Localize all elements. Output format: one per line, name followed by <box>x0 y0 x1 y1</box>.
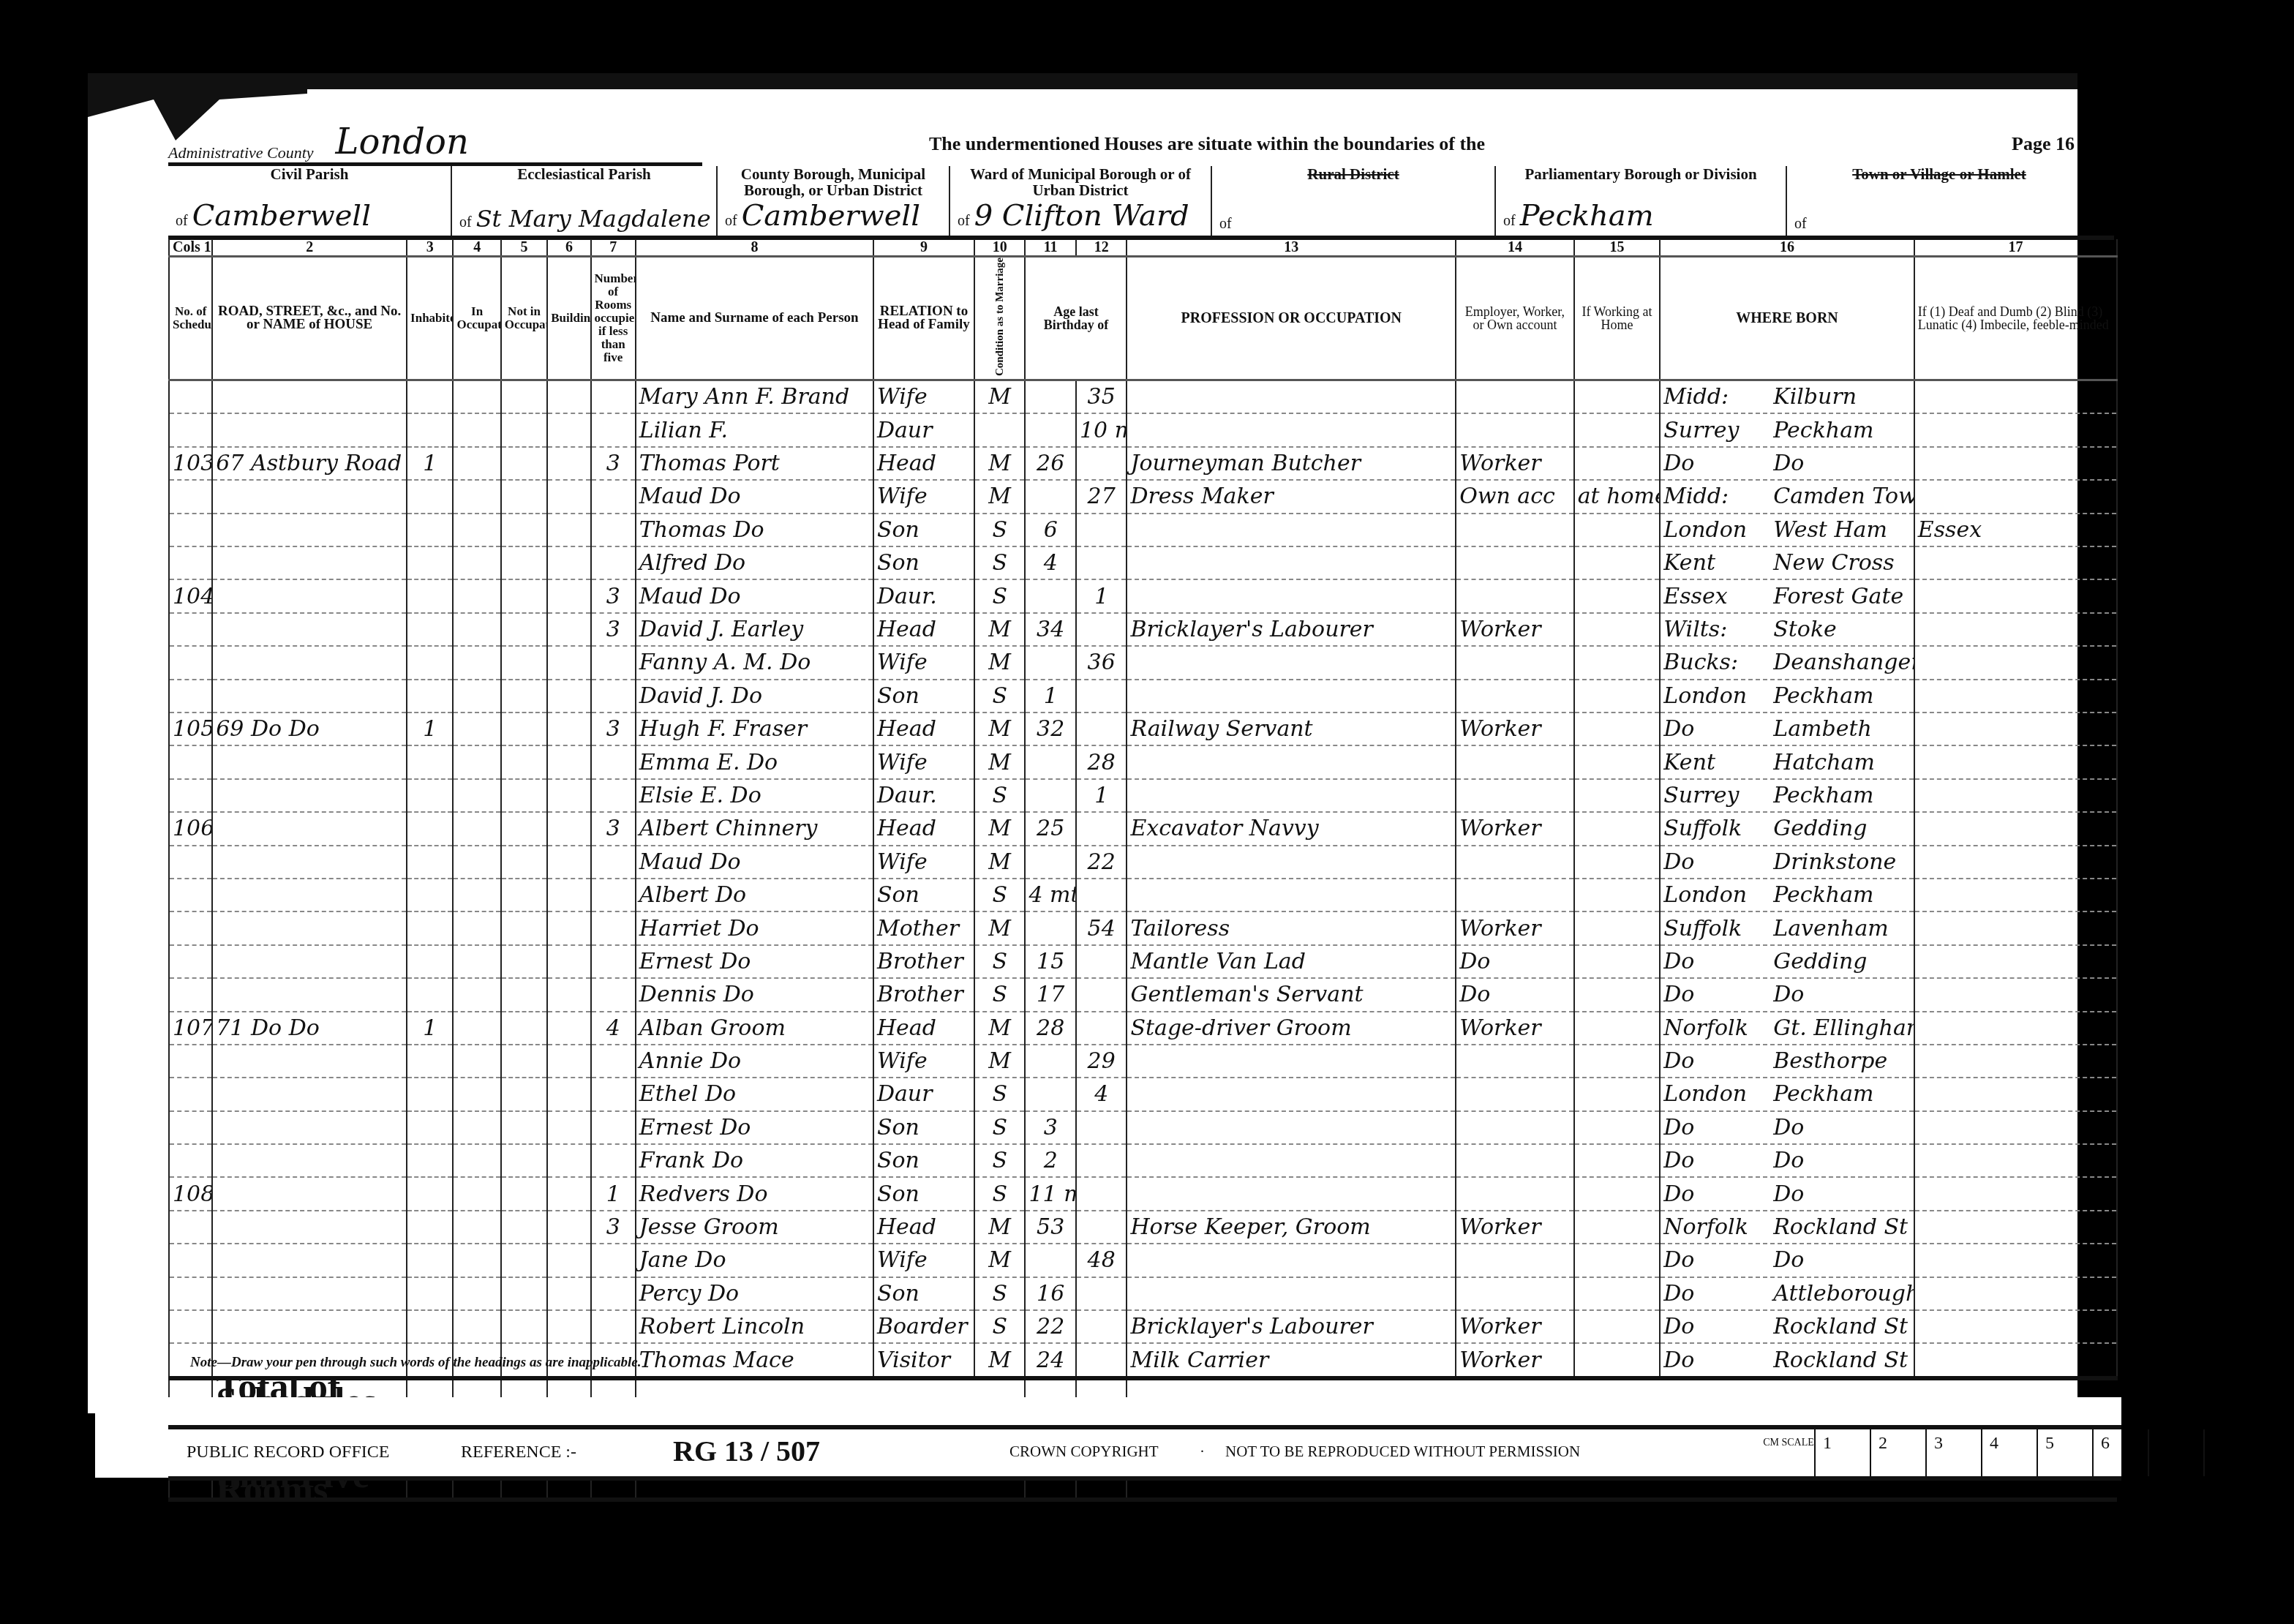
col-number: 14 <box>1456 239 1574 257</box>
cell-where-born: Midd:Camden Town <box>1660 480 1914 513</box>
cell-inhabited <box>407 1310 453 1343</box>
cell-occupation <box>1127 1111 1456 1144</box>
born-place: Peckham <box>1773 418 1873 443</box>
col-number: 3 <box>407 239 453 257</box>
born-place: Gedding <box>1773 816 1867 841</box>
cell-age-male: 1 <box>1025 680 1076 713</box>
col-number: 6 <box>547 239 590 257</box>
cell-building <box>547 779 590 812</box>
col-number: 10 <box>974 239 1026 257</box>
cell-road <box>212 1211 407 1244</box>
born-place: Stoke <box>1773 617 1837 642</box>
table-row: 1063Albert ChinneryHeadM25Excavator Navv… <box>169 812 2117 845</box>
cell-condition: M <box>974 613 1026 646</box>
heading-where-born: WHERE BORN <box>1660 257 1914 380</box>
cell-at-home <box>1574 1211 1661 1244</box>
cell-inhabited <box>407 812 453 845</box>
table-row: Jane DoWifeM48DoDo <box>169 1244 2117 1277</box>
cell-schedule <box>169 480 212 513</box>
cell-occupation <box>1127 1277 1456 1310</box>
cell-employer <box>1456 579 1574 612</box>
cell-infirmity <box>1914 846 2117 879</box>
division-parliamentary-borough: Parliamentary Borough or Division ofPeck… <box>1496 166 1787 236</box>
cell-relation: Wife <box>873 846 974 879</box>
cell-relation: Son <box>873 1111 974 1144</box>
cell-age-male <box>1025 1045 1076 1078</box>
cell-where-born: LondonPeckham <box>1660 879 1914 911</box>
cell-where-born: KentNew Cross <box>1660 546 1914 579</box>
cell-road: 71 Do Do <box>212 1012 407 1045</box>
table-row: 1081Redvers DoSonS11 mthsDoDo <box>169 1177 2117 1210</box>
cell-name: Alfred Do <box>636 546 873 579</box>
cell-not-in-occupation <box>501 945 547 978</box>
born-place: Peckham <box>1773 683 1873 709</box>
cell-not-in-occupation <box>501 1012 547 1045</box>
cell-age-male <box>1025 646 1076 679</box>
born-county: Do <box>1663 1148 1773 1173</box>
cell-employer <box>1456 1244 1574 1277</box>
cell-name: Maud Do <box>636 846 873 879</box>
cell-occupation <box>1127 646 1456 679</box>
born-place: Besthorpe <box>1773 1048 1887 1074</box>
division-value: 9 Clifton Ward <box>974 199 1189 233</box>
cell-inhabited <box>407 1045 453 1078</box>
born-county: Midd: <box>1663 384 1773 410</box>
cell-where-born: DoRockland St Peter <box>1660 1343 1914 1377</box>
cell-building <box>547 745 590 778</box>
division-municipal-borough: County Borough, Municipal Borough, or Ur… <box>718 166 950 236</box>
table-row: 3Jesse GroomHeadM53Horse Keeper, GroomWo… <box>169 1211 2117 1244</box>
col-number: 7 <box>591 239 636 257</box>
cell-condition: M <box>974 846 1026 879</box>
cell-road <box>212 613 407 646</box>
col-number: Cols 1 <box>169 239 212 257</box>
cell-employer <box>1456 514 1574 546</box>
cell-age-male <box>1025 579 1076 612</box>
cell-condition: M <box>974 812 1026 845</box>
cell-road: 69 Do Do <box>212 713 407 745</box>
cell-road <box>212 1277 407 1310</box>
cell-relation: Son <box>873 546 974 579</box>
cell-where-born: DoBesthorpe <box>1660 1045 1914 1078</box>
cell-condition: S <box>974 879 1026 911</box>
cell-occupation <box>1127 1144 1456 1177</box>
cell-at-home <box>1574 680 1661 713</box>
cell-building <box>547 879 590 911</box>
of-label: of <box>1794 216 1807 233</box>
cell-age-female: 27 <box>1076 480 1127 513</box>
cell-age-female: 1 <box>1076 579 1127 612</box>
heading-employer: Employer, Worker, or Own account <box>1456 257 1574 380</box>
cell-occupation <box>1127 413 1456 446</box>
cell-building <box>547 413 590 446</box>
born-county: Bucks: <box>1663 650 1773 675</box>
cell-name: Jane Do <box>636 1244 873 1277</box>
cell-inhabited <box>407 1111 453 1144</box>
cell-rooms <box>591 911 636 944</box>
cell-employer <box>1456 779 1574 812</box>
born-place: West Ham <box>1773 517 1887 543</box>
cell-rooms <box>591 413 636 446</box>
table-row: Frank DoSonS2DoDo <box>169 1144 2117 1177</box>
cell-not-in-occupation <box>501 413 547 446</box>
cell-schedule <box>169 879 212 911</box>
cell-infirmity <box>1914 1277 2117 1310</box>
cell-at-home <box>1574 413 1661 446</box>
cell-inhabited <box>407 978 453 1011</box>
born-place: Do <box>1773 1115 1804 1140</box>
born-county: London <box>1663 882 1773 908</box>
division-value: Peckham <box>1520 199 1654 233</box>
cell-age-female: 22 <box>1076 846 1127 879</box>
born-place: Do <box>1773 1148 1804 1173</box>
cell-building <box>547 447 590 480</box>
cell-condition: S <box>974 779 1026 812</box>
born-county: Essex <box>1663 584 1773 609</box>
cell-infirmity <box>1914 447 2117 480</box>
cell-name: Ernest Do <box>636 1111 873 1144</box>
cell-age-female <box>1076 546 1127 579</box>
cell-age-male: 3 <box>1025 1111 1076 1144</box>
cell-at-home <box>1574 945 1661 978</box>
col-number: 16 <box>1660 239 1914 257</box>
cell-age-female <box>1076 447 1127 480</box>
cell-infirmity: Essex <box>1914 514 2117 546</box>
cell-age-female <box>1076 1277 1127 1310</box>
cell-age-male <box>1025 846 1076 879</box>
cell-at-home <box>1574 879 1661 911</box>
table-row: Mary Ann F. BrandWifeM35Midd:Kilburn <box>169 380 2117 414</box>
cell-condition: S <box>974 1078 1026 1110</box>
col-number: 12 <box>1076 239 1127 257</box>
cell-name: David J. Do <box>636 680 873 713</box>
heading-relation: RELATION to Head of Family <box>873 257 974 380</box>
cell-age-male: 15 <box>1025 945 1076 978</box>
table-row: Percy DoSonS16DoAttleborough <box>169 1277 2117 1310</box>
cell-rooms <box>591 1045 636 1078</box>
cell-occupation <box>1127 380 1456 414</box>
cell-inhabited <box>407 879 453 911</box>
cell-where-born: Wilts:Stoke <box>1660 613 1914 646</box>
cell-age-male <box>1025 480 1076 513</box>
cell-age-female: 4 <box>1076 1078 1127 1110</box>
cell-age-female <box>1076 1144 1127 1177</box>
born-county: Do <box>1663 1314 1773 1339</box>
table-row: Lilian F.Daur10 mthsSurreyPeckham <box>169 413 2117 446</box>
cell-occupation: Gentleman's Servant <box>1127 978 1456 1011</box>
cell-schedule <box>169 1078 212 1110</box>
division-town-village: Town or Village or Hamlet of <box>1787 166 2091 236</box>
copyright-label: CROWN COPYRIGHT <box>1009 1443 1159 1461</box>
cell-relation: Head <box>873 1211 974 1244</box>
cell-occupation <box>1127 779 1456 812</box>
cell-where-born: DoDo <box>1660 978 1914 1011</box>
cell-condition: M <box>974 447 1026 480</box>
cell-employer: Worker <box>1456 812 1574 845</box>
cell-inhabited <box>407 546 453 579</box>
cell-at-home <box>1574 1343 1661 1377</box>
cell-road <box>212 1177 407 1210</box>
table-row: Fanny A. M. DoWifeM36Bucks:Deanshanger <box>169 646 2117 679</box>
table-row: Alfred DoSonS4KentNew Cross <box>169 546 2117 579</box>
cell-at-home <box>1574 978 1661 1011</box>
cell-rooms: 3 <box>591 613 636 646</box>
cell-where-born: DoGedding <box>1660 945 1914 978</box>
cell-inhabited <box>407 945 453 978</box>
cell-inhabited <box>407 846 453 879</box>
cell-infirmity <box>1914 1078 2117 1110</box>
cell-not-in-occupation <box>501 1078 547 1110</box>
cell-rooms <box>591 945 636 978</box>
cell-schedule <box>169 911 212 944</box>
cell-occupation: Bricklayer's Labourer <box>1127 1310 1456 1343</box>
cell-name: Mary Ann F. Brand <box>636 380 873 414</box>
born-place: Do <box>1773 1247 1804 1273</box>
born-county: Surrey <box>1663 418 1773 443</box>
born-county: Wilts: <box>1663 617 1773 642</box>
cell-occupation: Milk Carrier <box>1127 1343 1456 1377</box>
cell-employer <box>1456 1144 1574 1177</box>
cell-inhabited <box>407 680 453 713</box>
cell-in-occupation <box>453 812 500 845</box>
cell-infirmity <box>1914 1144 2117 1177</box>
cell-inhabited <box>407 1277 453 1310</box>
cell-road <box>212 945 407 978</box>
born-place: Gt. Ellingham <box>1773 1015 1914 1041</box>
cell-rooms <box>591 480 636 513</box>
cell-building <box>547 945 590 978</box>
cell-age-female <box>1076 1177 1127 1210</box>
cell-schedule <box>169 1310 212 1343</box>
cell-employer: Worker <box>1456 1310 1574 1343</box>
cell-employer <box>1456 846 1574 879</box>
cell-where-born: DoLambeth <box>1660 713 1914 745</box>
cell-road <box>212 846 407 879</box>
cell-relation: Mother <box>873 911 974 944</box>
born-county: Do <box>1663 716 1773 742</box>
cell-infirmity <box>1914 680 2117 713</box>
born-county: Do <box>1663 849 1773 875</box>
cell-where-born: SuffolkLavenham <box>1660 911 1914 944</box>
table-row: Robert LincolnBoarderS22Bricklayer's Lab… <box>169 1310 2117 1343</box>
cell-occupation: Stage-driver Groom <box>1127 1012 1456 1045</box>
cell-not-in-occupation <box>501 380 547 414</box>
heading-road: ROAD, STREET, &c., and No. or NAME of HO… <box>212 257 407 380</box>
cell-road <box>212 646 407 679</box>
cell-road <box>212 514 407 546</box>
cell-rooms <box>591 1244 636 1277</box>
cell-where-born: SurreyPeckham <box>1660 413 1914 446</box>
cell-age-female <box>1076 1012 1127 1045</box>
born-place: Lambeth <box>1773 716 1872 742</box>
col-number: 15 <box>1574 239 1661 257</box>
born-county: Do <box>1663 1247 1773 1273</box>
admin-county-label: Administrative County <box>168 143 314 162</box>
cell-inhabited <box>407 1078 453 1110</box>
cell-age-male: 16 <box>1025 1277 1076 1310</box>
heading-rooms: Number of Rooms occupied if less than fi… <box>591 257 636 380</box>
cell-condition: S <box>974 546 1026 579</box>
cell-occupation <box>1127 745 1456 778</box>
cell-infirmity <box>1914 745 2117 778</box>
census-page: Administrative County London The underme… <box>88 73 2077 1413</box>
born-place: Deanshanger <box>1773 650 1914 675</box>
born-county: Do <box>1663 1347 1773 1373</box>
cell-rooms <box>591 978 636 1011</box>
cell-not-in-occupation <box>501 680 547 713</box>
cell-age-male: 32 <box>1025 713 1076 745</box>
cell-infirmity <box>1914 380 2117 414</box>
cell-building <box>547 613 590 646</box>
cell-name: David J. Earley <box>636 613 873 646</box>
cell-in-occupation <box>453 713 500 745</box>
born-place: Do <box>1773 1181 1804 1207</box>
cell-where-born: DoDo <box>1660 1177 1914 1210</box>
cell-name: Jesse Groom <box>636 1211 873 1244</box>
cell-occupation <box>1127 1244 1456 1277</box>
cell-name: Percy Do <box>636 1277 873 1310</box>
division-heading: Rural District <box>1307 165 1399 183</box>
cell-infirmity <box>1914 1177 2117 1210</box>
cell-condition: M <box>974 1012 1026 1045</box>
heading-inhabited: Inhabited <box>407 257 453 380</box>
born-county: Do <box>1663 451 1773 476</box>
cell-building <box>547 812 590 845</box>
cell-at-home <box>1574 745 1661 778</box>
cell-age-female: 28 <box>1076 745 1127 778</box>
cell-age-male <box>1025 1078 1076 1110</box>
cell-occupation: Dress Maker <box>1127 480 1456 513</box>
cell-employer: Own acc <box>1456 480 1574 513</box>
cell-where-born: DoDrinkstone <box>1660 846 1914 879</box>
cell-age-female: 29 <box>1076 1045 1127 1078</box>
cell-road <box>212 879 407 911</box>
table-row: 10367 Astbury Road13Thomas PortHeadM26Jo… <box>169 447 2117 480</box>
office-label: PUBLIC RECORD OFFICE <box>187 1443 389 1462</box>
scale-label: CM SCALE <box>1763 1429 1814 1476</box>
cell-condition: M <box>974 646 1026 679</box>
cell-infirmity <box>1914 546 2117 579</box>
born-place: Do <box>1773 451 1804 476</box>
born-county: Norfolk <box>1663 1015 1773 1041</box>
of-label: of <box>459 214 472 231</box>
cell-schedule <box>169 613 212 646</box>
cell-name: Albert Chinnery <box>636 812 873 845</box>
heading-building: Building <box>547 257 590 380</box>
cell-name: Albert Do <box>636 879 873 911</box>
cell-road: 67 Astbury Road <box>212 447 407 480</box>
table-row: Annie DoWifeM29DoBesthorpe <box>169 1045 2117 1078</box>
cell-not-in-occupation <box>501 480 547 513</box>
cell-age-female: 36 <box>1076 646 1127 679</box>
cell-age-female <box>1076 713 1127 745</box>
born-county: Do <box>1663 1181 1773 1207</box>
cell-relation: Daur. <box>873 779 974 812</box>
cell-age-male <box>1025 745 1076 778</box>
cell-at-home <box>1574 779 1661 812</box>
cell-age-female <box>1076 514 1127 546</box>
cell-infirmity <box>1914 646 2117 679</box>
cell-at-home <box>1574 1012 1661 1045</box>
cell-occupation: Horse Keeper, Groom <box>1127 1211 1456 1244</box>
cell-rooms <box>591 879 636 911</box>
cell-inhabited: 1 <box>407 713 453 745</box>
cell-rooms <box>591 1310 636 1343</box>
born-county: Kent <box>1663 550 1773 576</box>
col-number: 17 <box>1914 239 2117 257</box>
column-headings-row: No. of Schedule ROAD, STREET, &c., and N… <box>169 257 2117 380</box>
cell-rooms <box>591 745 636 778</box>
scale-tick: 3 <box>1925 1429 1981 1476</box>
scale-tick: 5 <box>2037 1429 2092 1476</box>
cell-not-in-occupation <box>501 1045 547 1078</box>
cell-schedule <box>169 646 212 679</box>
heading-age: Age last Birthday of <box>1025 257 1127 380</box>
cell-age-male: 25 <box>1025 812 1076 845</box>
cell-name: Maud Do <box>636 480 873 513</box>
reference-value: RG 13 / 507 <box>673 1434 820 1468</box>
division-ecclesiastical-parish: Ecclesiastical Parish ofSt Mary Magdalen… <box>452 166 718 236</box>
cell-in-occupation <box>453 1277 500 1310</box>
cell-condition: M <box>974 380 1026 414</box>
cell-relation: Son <box>873 514 974 546</box>
cell-in-occupation <box>453 1078 500 1110</box>
cell-where-born: Midd:Kilburn <box>1660 380 1914 414</box>
cell-inhabited <box>407 779 453 812</box>
cell-building <box>547 646 590 679</box>
cell-inhabited <box>407 613 453 646</box>
cell-relation: Head <box>873 812 974 845</box>
cell-condition: S <box>974 1310 1026 1343</box>
cell-rooms: 1 <box>591 1177 636 1210</box>
cell-infirmity <box>1914 1012 2117 1045</box>
cell-rooms: 3 <box>591 1211 636 1244</box>
cell-in-occupation <box>453 745 500 778</box>
cell-at-home <box>1574 1244 1661 1277</box>
cell-rooms: 4 <box>591 1012 636 1045</box>
heading-occupation: PROFESSION OR OCCUPATION <box>1127 257 1456 380</box>
cell-age-female <box>1076 1343 1127 1377</box>
division-value: St Mary Magdalene <box>476 205 711 233</box>
cell-schedule: 108 <box>169 1177 212 1210</box>
cell-inhabited <box>407 745 453 778</box>
cell-in-occupation <box>453 480 500 513</box>
born-county: Do <box>1663 1281 1773 1307</box>
cell-age-male: 34 <box>1025 613 1076 646</box>
cell-relation: Head <box>873 713 974 745</box>
cell-in-occupation <box>453 1012 500 1045</box>
cell-not-in-occupation <box>501 846 547 879</box>
cell-relation: Brother <box>873 978 974 1011</box>
cell-employer: Worker <box>1456 613 1574 646</box>
cell-at-home <box>1574 1310 1661 1343</box>
born-place: Do <box>1773 982 1804 1007</box>
cell-relation: Daur. <box>873 579 974 612</box>
cell-condition: M <box>974 1211 1026 1244</box>
cell-in-occupation <box>453 911 500 944</box>
cell-age-female: 48 <box>1076 1244 1127 1277</box>
cell-building <box>547 1310 590 1343</box>
cell-infirmity <box>1914 613 2117 646</box>
cell-in-occupation <box>453 1211 500 1244</box>
cell-name: Ethel Do <box>636 1078 873 1110</box>
born-place: Hatcham <box>1773 750 1875 775</box>
cell-not-in-occupation <box>501 879 547 911</box>
born-place: Peckham <box>1773 783 1873 808</box>
cell-age-male <box>1025 380 1076 414</box>
born-place: Peckham <box>1773 882 1873 908</box>
cell-condition: S <box>974 579 1026 612</box>
